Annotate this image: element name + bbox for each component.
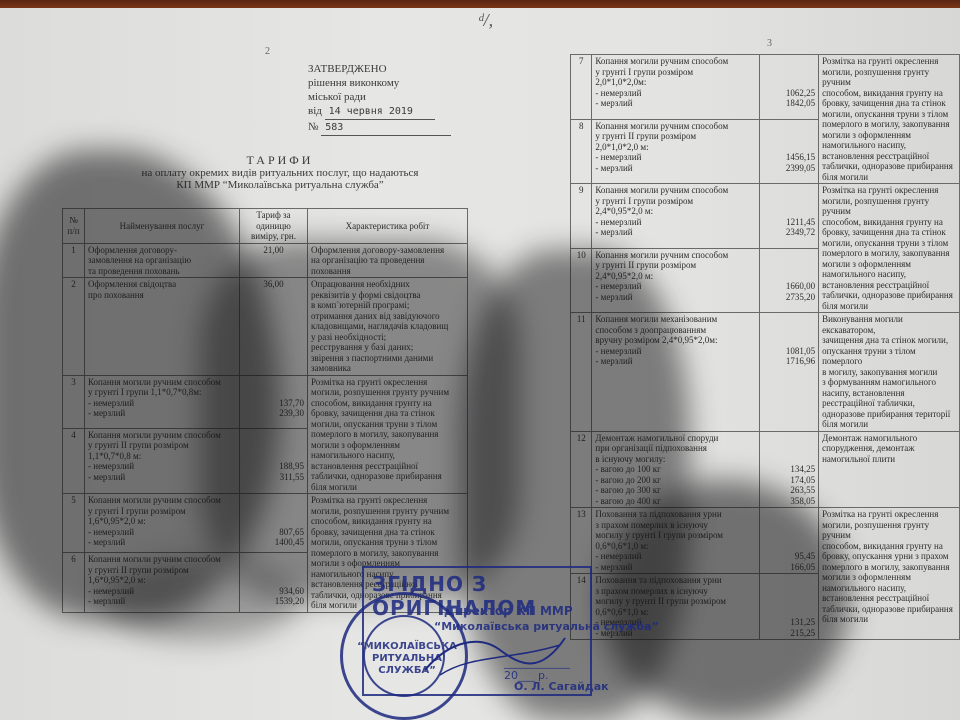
service-name-line: - мерзлий (88, 596, 236, 607)
service-name-line: - вагою до 100 кг (595, 464, 755, 475)
work-description-line: біля могили (822, 172, 956, 183)
service-name-line: про поховання (88, 290, 236, 301)
tariff-amount: 1081,05 (763, 346, 815, 357)
work-description-line: в комп`ютерній програмі; (311, 300, 464, 311)
spacer (763, 575, 815, 586)
work-description-line: могили, опускання труни з тілом (822, 238, 956, 249)
service-name-line: 2,0*1,0*2,0м: (595, 77, 755, 88)
service-name: Копання могили ручним способому грунті I… (592, 119, 759, 184)
row-number: 9 (571, 184, 592, 249)
service-name: Копання могили ручним способому грунті I… (85, 553, 240, 612)
work-description-line: Оформлення договору-замовлення (311, 245, 464, 256)
tariff-amount: 188,95 (243, 461, 304, 472)
work-description-line: намогильної плити (822, 454, 956, 465)
tariff-amount: 1716,96 (763, 356, 815, 367)
work-description-line: отримання даних від завідуючого (311, 311, 464, 322)
tariff-amount: 137,70 (243, 398, 304, 409)
tariff-amount: 239,30 (243, 408, 304, 419)
work-description-line: встановлення реєстраційної (822, 151, 956, 162)
spacer (763, 121, 815, 132)
page-number-right: 3 (767, 38, 772, 49)
handwritten-signature (420, 630, 570, 680)
work-description: Демонтаж намогильногоспорудження, демонт… (819, 431, 960, 508)
document-subtitle-line-2: КП ММР “Миколаївська ритуальна служба” (110, 179, 450, 191)
tariff-value: 1062,251842,05 (759, 55, 818, 120)
spacer (763, 56, 815, 67)
work-description-line: Розмітка на грунті окреслення (822, 56, 956, 67)
work-description-line: спорудження, демонтаж (822, 443, 956, 454)
spacer (763, 520, 815, 531)
service-name-line: у грунті I групи розміром (88, 506, 236, 517)
table-row: 5Копання могили ручним способому грунті … (63, 494, 468, 553)
work-description-line: могили, опускання труни з тілом (822, 109, 956, 120)
spacer (243, 565, 304, 576)
spacer (763, 131, 815, 142)
spacer (243, 430, 304, 441)
service-name-line: - немерзлий (88, 461, 236, 472)
work-description-line: померлого в могилу, закопування (822, 119, 956, 130)
tariff-amount: 166,05 (763, 562, 815, 573)
service-name-line: - мерзлий (595, 227, 755, 238)
tariff-amount: 215,25 (763, 628, 815, 639)
service-name: Копання могили ручним способому грунті I… (592, 55, 759, 120)
spacer (763, 271, 815, 282)
work-description-line: могили з оформленням (311, 440, 464, 451)
tariff-amount: 2399,05 (763, 163, 815, 174)
work-description: Розмітка на грунті окресленнямогили, роз… (819, 55, 960, 184)
service-name-line: у грунті II групи розміром (88, 565, 236, 576)
approval-line-2: міської ради (308, 90, 468, 104)
work-description-line: намогильного насипу, (822, 140, 956, 151)
column-header-service: Найменування послуг (85, 209, 240, 244)
work-description-line: могили, розпушення грунту ручним (311, 387, 464, 398)
service-name-line: у грунті II групи розміром (595, 131, 755, 142)
service-name-line: у грунті II групи розміром (595, 260, 755, 271)
table-row: 3Копання могили ручним способому грунті … (63, 375, 468, 428)
column-header-description: Характеристика робіт (308, 209, 468, 244)
work-description-line: на організацію та проведення (311, 255, 464, 266)
service-name-line: - немерзлий (88, 527, 236, 538)
tariff-amount: 131,25 (763, 617, 815, 628)
work-description: Опрацювання необхіднихреквізитів у формі… (308, 278, 468, 376)
service-name-line: могилу у грунті II групи розміром (595, 596, 755, 607)
tariff-value: 807,651400,45 (240, 494, 308, 553)
work-description: Розмітка на грунті окресленнямогили, роз… (819, 184, 960, 313)
service-name-line: при організації підпоховання (595, 443, 755, 454)
service-name-line: Копання могили механізованим (595, 314, 755, 325)
work-description-line: біля могили (311, 482, 464, 493)
work-description-line: способом, викидання грунту на (822, 541, 956, 552)
row-number: 1 (63, 243, 85, 278)
approval-date-line: від 14 червня 2019 (308, 104, 468, 120)
tariffs-table-page-2: № п/п Найменування послуг Тариф за одини… (62, 208, 468, 613)
service-name: Демонтаж намогильної спорудипри організа… (592, 431, 759, 508)
service-name-line: з прахом померлих в існуючу (595, 586, 755, 597)
work-description-line: біля могили (822, 614, 956, 625)
service-name-line: - немерзлий (595, 551, 755, 562)
work-description-line: з формуванням намогильного (822, 377, 956, 388)
tariff-amount: 807,65 (243, 527, 304, 538)
work-description-line: могили, розпушення грунту ручним (311, 506, 464, 517)
work-description-line: способом, викидання грунту на (311, 516, 464, 527)
approval-line-1: рішення виконкому (308, 76, 468, 90)
tariff-amount: 1400,45 (243, 537, 304, 548)
work-description-line: намогильного насипу, (822, 583, 956, 594)
spacer (243, 440, 304, 451)
stamp-position: Директор КП ММР (444, 604, 573, 618)
row-number: 2 (63, 278, 85, 376)
tariff-amount: 311,55 (243, 472, 304, 483)
work-description-line: бровку, зачищення дна та стінок (822, 227, 956, 238)
work-description-line: способом, викидання грунту на (822, 88, 956, 99)
work-description: Виконування могили екскаватором,зачищенн… (819, 313, 960, 432)
tariff-amount: 934,60 (243, 586, 304, 597)
row-number: 3 (63, 375, 85, 428)
approval-number-prefix: № (308, 121, 319, 133)
tariff-amount: 358,05 (763, 496, 815, 507)
tariff-value: 137,70239,30 (240, 375, 308, 428)
service-name-line: Оформлення договору- (88, 245, 236, 256)
work-description-line: встановлення реєстраційної (311, 461, 464, 472)
work-description: Розмітка на грунті окресленнямогили, роз… (819, 508, 960, 640)
service-name-line: Копання могили ручним способом (88, 430, 236, 441)
row-number: 13 (571, 508, 592, 574)
spacer (243, 495, 304, 506)
column-header-tariff: Тариф за одиницю виміру, грн. (240, 209, 308, 244)
handwritten-mark: ᵈ/, (478, 10, 493, 31)
service-name-line: Копання могили ручним способом (595, 250, 755, 261)
service-name-line: 1,1*0,7*0,8 м: (88, 451, 236, 462)
work-description: Оформлення договору-замовленняна організ… (308, 243, 468, 278)
spacer (763, 509, 815, 520)
work-description-line: встановлення реєстраційної (822, 280, 956, 291)
tariff-amount: 95,45 (763, 551, 815, 562)
service-name: Копання могили ручним способому грунті I… (85, 494, 240, 553)
tariff-amount: 1660,00 (763, 281, 815, 292)
service-name-line: - немерзлий (595, 217, 755, 228)
document-title-block: ТАРИФИ на оплату окремих видів ритуальни… (110, 154, 450, 191)
service-name-line: - немерзлий (595, 152, 755, 163)
tariff-amount: 2349,72 (763, 227, 815, 238)
work-description-line: померлого в могилу, закопування (822, 562, 956, 573)
work-description-line: померлого в могилу, закопування (311, 548, 464, 559)
work-description-line: в могилу, закопування могили (822, 367, 956, 378)
service-name-line: 2,0*1,0*2,0 м: (595, 142, 755, 153)
work-description-line: таблички, одноразове прибирання (822, 290, 956, 301)
spacer (763, 67, 815, 78)
work-description-line: замовника (311, 363, 464, 374)
service-name-line: замовлення на організацію (88, 255, 236, 266)
row-number: 7 (571, 55, 592, 120)
work-description-line: Демонтаж намогильного (822, 433, 956, 444)
approval-date-value: 14 червня 2019 (325, 105, 435, 120)
spacer (763, 454, 815, 465)
service-name-line: Демонтаж намогильної споруди (595, 433, 755, 444)
work-description-line: Розмітка на грунті окреслення (311, 377, 464, 388)
work-description-line: померлого в могилу, закопування (822, 248, 956, 259)
service-name-line: - мерзлий (595, 562, 755, 573)
table-header-row: № п/п Найменування послуг Тариф за одини… (63, 209, 468, 244)
work-description-line: Розмітка на грунті окреслення (822, 509, 956, 520)
document-title: ТАРИФИ (110, 154, 450, 166)
work-description-line: таблички, одноразове прибирання (311, 471, 464, 482)
spacer (763, 325, 815, 336)
row-number: 10 (571, 248, 592, 313)
tariff-amount: 1842,05 (763, 98, 815, 109)
service-name: Копання могили ручним способому грунті I… (592, 184, 759, 249)
work-description-line: реєстраційної таблички, (822, 398, 956, 409)
spacer (243, 506, 304, 517)
work-description-line: могили, розпушення грунту ручним (822, 520, 956, 541)
spacer (763, 335, 815, 346)
table-row: 7Копання могили ручним способому грунті … (571, 55, 960, 120)
service-name-line: 0,6*0,6*1,0 м: (595, 607, 755, 618)
work-description-line: таблички, одноразове прибирання (822, 604, 956, 615)
row-number: 12 (571, 431, 592, 508)
table-row: 1Оформлення договору-замовлення на орган… (63, 243, 468, 278)
service-name-line: - немерзлий (88, 398, 236, 409)
row-number: 5 (63, 494, 85, 553)
service-name-line: могилу у грунті I групи розміром (595, 530, 755, 541)
spacer (763, 250, 815, 261)
tariff-amount: 1539,20 (243, 596, 304, 607)
service-name-line: у грунті II групи розміром (88, 440, 236, 451)
work-description-line: поховання (311, 266, 464, 277)
service-name-line: Поховання та підпоховання урни (595, 575, 755, 586)
service-name-line: способом з доопрацюванням (595, 325, 755, 336)
service-name-line: вручну розміром 2,4*0,95*2,0м: (595, 335, 755, 346)
work-description-line: могили, розпушення грунту ручним (822, 196, 956, 217)
work-description-line: намогильного насипу, (822, 269, 956, 280)
table-row: 2Оформлення свідоцтвапро поховання36,00О… (63, 278, 468, 376)
work-description-line: могили з оформленням (822, 572, 956, 583)
table-row: 11Копання могили механізованимспособом з… (571, 313, 960, 432)
service-name-line: 2,4*0,95*2,0 м: (595, 206, 755, 217)
tariff-amount: 134,25 (763, 464, 815, 475)
table-row: 13Поховання та підпоховання урниз прахом… (571, 508, 960, 574)
service-name-line: у грунті I групи 1,1*0,7*0,8м: (88, 387, 236, 398)
work-description-line: могили, розпушення грунту ручним (822, 67, 956, 88)
spacer (763, 206, 815, 217)
work-description-line: способом, викидання грунту на (822, 217, 956, 228)
service-name-line: та проведення поховань (88, 266, 236, 277)
service-name: Копання могили ручним способому грунті I… (85, 375, 240, 428)
document-subtitle-line-1: на оплату окремих видів ритуальних послу… (110, 167, 450, 179)
row-number: 11 (571, 313, 592, 432)
service-name-line: 1,6*0,95*2,0 м: (88, 575, 236, 586)
spacer (763, 541, 815, 552)
service-name-line: - немерзлий (595, 346, 755, 357)
spacer (763, 185, 815, 196)
work-description: Розмітка на грунті окресленнямогили, роз… (308, 375, 468, 494)
work-description-line: могили, опускання труни з тілом (311, 537, 464, 548)
row-number: 4 (63, 428, 85, 493)
table-row: 9Копання могили ручним способому грунті … (571, 184, 960, 249)
work-description-line: у разі необхідності; (311, 332, 464, 343)
spacer (763, 260, 815, 271)
service-name-line: - вагою до 200 кг (595, 475, 755, 486)
tariff-value: 36,00 (240, 278, 308, 376)
approval-block: ЗАТВЕРДЖЕНО рішення виконкому міської ра… (308, 62, 468, 136)
work-description-line: опускання труни з тілом померлого (822, 346, 956, 367)
work-description-line: встановлення реєстраційної (822, 593, 956, 604)
spacer (763, 443, 815, 454)
spacer (243, 377, 304, 388)
work-description-line: зачищення дна та стінок могили, (822, 335, 956, 346)
service-name: Копання могили ручним способому грунті I… (592, 248, 759, 313)
service-name-line: - мерзлий (88, 408, 236, 419)
stamp-signatory: О. Л. Сагайдак (514, 680, 609, 693)
work-description-line: бровку, зачищення дна та стінок (311, 408, 464, 419)
work-description-line: Розмітка на грунті окреслення (311, 495, 464, 506)
row-number: 6 (63, 553, 85, 612)
service-name-line: - вагою до 400 кг (595, 496, 755, 507)
service-name-line: - мерзлий (595, 292, 755, 303)
work-description-line: бровку, зачищення дна та стінок (311, 527, 464, 538)
tariffs-table-page-3: 7Копання могили ручним способому грунті … (570, 54, 960, 640)
tariff-amount: 263,55 (763, 485, 815, 496)
service-name-line: - мерзлий (88, 537, 236, 548)
spacer (763, 586, 815, 597)
tariff-value: 1211,452349,72 (759, 184, 818, 249)
service-name-line: Поховання та підпоховання урни (595, 509, 755, 520)
service-name-line: Копання могили ручним способом (595, 56, 755, 67)
service-name-line: - вагою до 300 кг (595, 485, 755, 496)
tariff-amount: 1211,45 (763, 217, 815, 228)
work-description-line: насипу, встановлення (822, 388, 956, 399)
spacer (763, 142, 815, 153)
work-description-line: намогильного насипу, (311, 450, 464, 461)
service-name-line: Копання могили ручним способом (595, 185, 755, 196)
tariff-value: 1081,051716,96 (759, 313, 818, 432)
approval-heading: ЗАТВЕРДЖЕНО (308, 62, 468, 76)
service-name-line: 0,6*0,6*1,0 м: (595, 541, 755, 552)
spacer (763, 607, 815, 618)
spacer (243, 387, 304, 398)
service-name-line: - мерзлий (595, 98, 755, 109)
work-description-line: бровку, опускання урни з прахом (822, 551, 956, 562)
table-row: 12Демонтаж намогильної спорудипри органі… (571, 431, 960, 508)
service-name-line: - мерзлий (88, 472, 236, 483)
tariff-amount: 174,05 (763, 475, 815, 486)
work-description-line: таблички, одноразове прибирання (822, 161, 956, 172)
service-name-line: у грунті I групи розміром (595, 67, 755, 78)
service-name: Оформлення свідоцтвапро поховання (85, 278, 240, 376)
work-description-line: могили, опускання труни з тілом (311, 419, 464, 430)
service-name: Оформлення договору-замовлення на органі… (85, 243, 240, 278)
service-name-line: Копання могили ручним способом (595, 121, 755, 132)
service-name-line: з прахом померлих в існуючу (595, 520, 755, 531)
row-number: 8 (571, 119, 592, 184)
spacer (763, 433, 815, 444)
work-description-line: реквізитів у формі свідоцтва (311, 290, 464, 301)
work-description-line: могили з оформленням (822, 259, 956, 270)
service-name-line: в існуючу могилу: (595, 454, 755, 465)
work-description-line: способом, викидання грунту на (311, 398, 464, 409)
tariff-amount: 21,00 (243, 245, 304, 256)
spacer (763, 196, 815, 207)
approval-number-value: 583 (321, 121, 451, 136)
service-name-line: - немерзлий (595, 281, 755, 292)
tariff-value: 934,601539,20 (240, 553, 308, 612)
work-description-line: біля могили (822, 301, 956, 312)
work-description-line: кладовищами, наглядачів кладовищ (311, 321, 464, 332)
service-name-line: у грунті I групи розміром (595, 196, 755, 207)
approval-date-prefix: від (308, 105, 322, 117)
page-number-left: 2 (265, 46, 270, 57)
tariffs-table-body-left: 1Оформлення договору-замовлення на орган… (63, 243, 468, 612)
service-name-line: 2,4*0,95*2,0 м: (595, 271, 755, 282)
service-name-line: Оформлення свідоцтва (88, 279, 236, 290)
column-header-number: № п/п (63, 209, 85, 244)
work-description-line: звірення з паспортними даними (311, 353, 464, 364)
service-name-line: - мерзлий (595, 163, 755, 174)
spacer (763, 596, 815, 607)
approval-number-line: № 583 (308, 120, 468, 136)
work-description-line: біля могили (822, 419, 956, 430)
service-name-line: 1,6*0,95*2,0 м: (88, 516, 236, 527)
tariff-value: 21,00 (240, 243, 308, 278)
tariff-amount: 1062,25 (763, 88, 815, 99)
service-name-line: Копання могили ручним способом (88, 495, 236, 506)
tariff-amount: 36,00 (243, 279, 304, 290)
tariff-value: 188,95311,55 (240, 428, 308, 493)
service-name-line: Копання могили ручним способом (88, 554, 236, 565)
work-description-line: бровку, зачищення дна та стінок (822, 98, 956, 109)
work-description-line: одноразове прибирання території (822, 409, 956, 420)
tariff-amount: 2735,20 (763, 292, 815, 303)
tariff-amount: 1456,15 (763, 152, 815, 163)
service-name-line: - немерзлий (88, 586, 236, 597)
spacer (243, 554, 304, 565)
tariff-value: 1660,002735,20 (759, 248, 818, 313)
tariffs-table-body-right: 7Копання могили ручним способому грунті … (571, 55, 960, 640)
spacer (763, 77, 815, 88)
tariff-value: 95,45166,05 (759, 508, 818, 574)
work-description-line: реєстрування у базі даних; (311, 342, 464, 353)
spacer (243, 451, 304, 462)
service-name-line: Копання могили ручним способом (88, 377, 236, 388)
spacer (243, 516, 304, 527)
spacer (763, 314, 815, 325)
tariff-value: 134,25174,05263,55358,05 (759, 431, 818, 508)
service-name: Поховання та підпоховання урниз прахом п… (592, 508, 759, 574)
spacer (763, 530, 815, 541)
work-description-line: Опрацювання необхідних (311, 279, 464, 290)
service-name-line: - мерзлий (595, 356, 755, 367)
spacer (243, 575, 304, 586)
tariff-value: 1456,152399,05 (759, 119, 818, 184)
tariff-value: 131,25215,25 (759, 574, 818, 640)
service-name: Копання могили ручним способому грунті I… (85, 428, 240, 493)
service-name: Копання могили механізованимспособом з д… (592, 313, 759, 432)
work-description-line: Виконування могили екскаватором, (822, 314, 956, 335)
work-description-line: Розмітка на грунті окреслення (822, 185, 956, 196)
work-description-line: померлого в могилу, закопування (311, 429, 464, 440)
service-name-line: - немерзлий (595, 88, 755, 99)
work-description-line: могили з оформленням (822, 130, 956, 141)
